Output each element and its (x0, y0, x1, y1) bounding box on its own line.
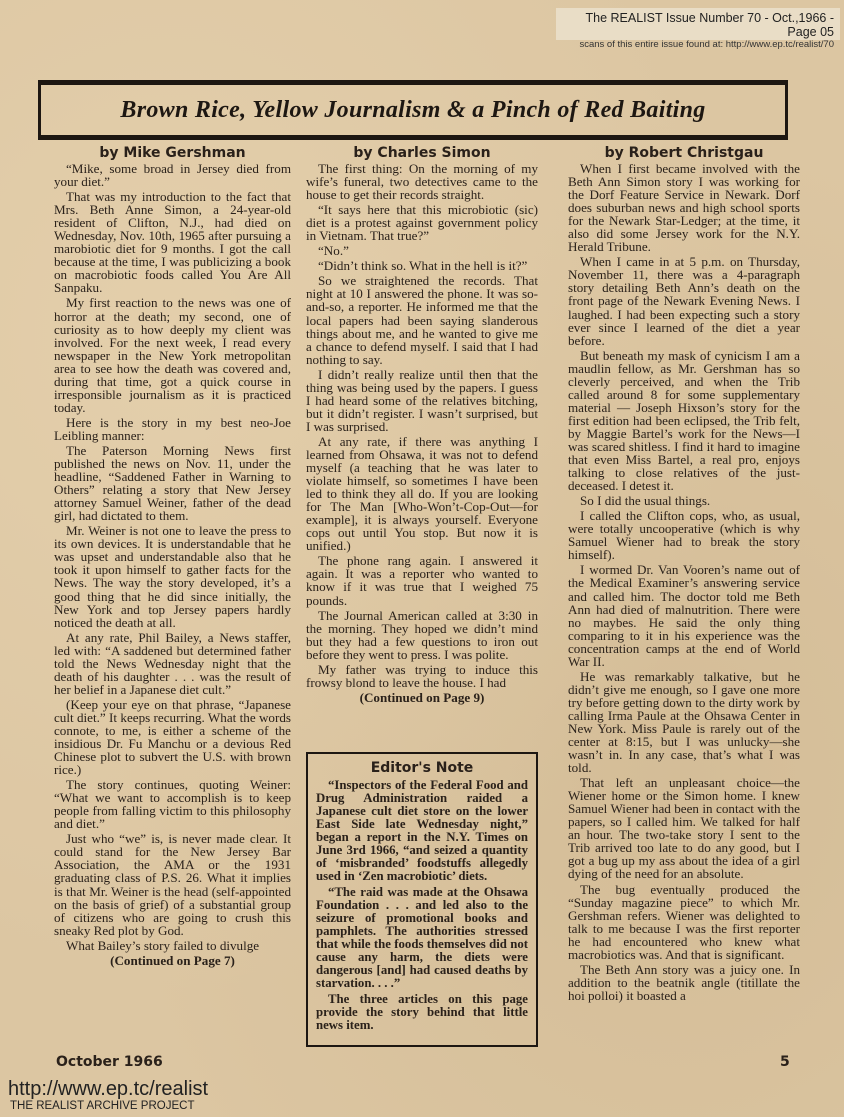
byline: by Mike Gershman (54, 145, 291, 161)
editors-note-title: Editor's Note (316, 762, 528, 775)
paragraph: “Didn’t think so. What in the hell is it… (306, 259, 538, 272)
issue-date: October 1966 (56, 1054, 163, 1070)
paragraph: Mr. Weiner is not one to leave the press… (54, 524, 291, 628)
paragraph: The first thing: On the morning of my wi… (306, 162, 538, 201)
byline: by Robert Christgau (568, 145, 800, 161)
headline: Brown Rice, Yellow Journalism & a Pinch … (120, 97, 705, 124)
paragraph: The phone rang again. I answered it agai… (306, 554, 538, 606)
archive-project-label: THE REALIST ARCHIVE PROJECT (10, 1100, 194, 1112)
paragraph: When I came in at 5 p.m. on Thursday, No… (568, 255, 800, 346)
article-gershman: by Mike Gershman “Mike, some broad in Je… (54, 145, 291, 969)
archive-header: The REALIST Issue Number 70 - Oct.,1966 … (556, 8, 840, 40)
paragraph: So I did the usual things. (568, 494, 800, 507)
paragraph: “Mike, some broad in Jersey died from yo… (54, 162, 291, 188)
continued-note: (Continued on Page 9) (306, 691, 538, 704)
paragraph: That left an unpleasant choice—the Wiene… (568, 776, 800, 880)
paragraph: The Paterson Morning News first publishe… (54, 444, 291, 522)
page-number: 5 (780, 1054, 790, 1070)
paragraph: My father was trying to induce this frow… (306, 663, 538, 689)
paragraph: “It says here that this microbiotic (sic… (306, 203, 538, 242)
paragraph: The Beth Ann story was a juicy one. In a… (568, 963, 800, 1002)
paragraph: The three articles on this page provide … (316, 993, 528, 1032)
paragraph: (Keep your eye on that phrase, “Japanese… (54, 698, 291, 776)
paragraph: “The raid was made at the Ohsawa Foundat… (316, 886, 528, 990)
paragraph: I called the Clifton cops, who, as usual… (568, 509, 800, 561)
paragraph: At any rate, Phil Bailey, a News staffer… (54, 631, 291, 696)
continued-note: (Continued on Page 7) (54, 954, 291, 967)
paragraph: He was remarkably talkative, but he didn… (568, 670, 800, 774)
article-christgau: by Robert Christgau When I first became … (568, 145, 800, 1004)
archive-url-link[interactable]: http://www.ep.tc/realist (8, 1078, 208, 1101)
paragraph: What Bailey’s story failed to divulge (54, 939, 291, 952)
paragraph: I didn’t really realize until then that … (306, 368, 538, 433)
byline: by Charles Simon (306, 145, 538, 161)
paragraph: My first reaction to the news was one of… (54, 296, 291, 413)
paragraph: Here is the story in my best neo-Joe Lei… (54, 416, 291, 442)
paragraph: I wormed Dr. Van Vooren’s name out of th… (568, 563, 800, 667)
archive-issue-label: The REALIST Issue Number 70 - Oct.,1966 … (556, 11, 834, 39)
paragraph: The story continues, quoting Weiner: “Wh… (54, 778, 291, 830)
headline-box: Brown Rice, Yellow Journalism & a Pinch … (38, 80, 788, 140)
paragraph: “Inspectors of the Federal Food and Drug… (316, 779, 528, 883)
paragraph: So we straightened the records. That nig… (306, 274, 538, 365)
article-simon: by Charles Simon The first thing: On the… (306, 145, 538, 706)
archive-scans-link[interactable]: scans of this entire issue found at: htt… (556, 39, 834, 51)
paragraph: “No.” (306, 244, 538, 257)
paragraph: When I first became involved with the Be… (568, 162, 800, 253)
paragraph: At any rate, if there was anything I lea… (306, 435, 538, 552)
editors-note-box: Editor's Note “Inspectors of the Federal… (306, 752, 538, 1047)
paragraph: The bug eventually produced the “Sunday … (568, 883, 800, 961)
paragraph: The Journal American called at 3:30 in t… (306, 609, 538, 661)
paragraph: Just who “we” is, is never made clear. I… (54, 832, 291, 936)
paragraph: That was my introduction to the fact tha… (54, 190, 291, 294)
paragraph: But beneath my mask of cynicism I am a m… (568, 349, 800, 493)
